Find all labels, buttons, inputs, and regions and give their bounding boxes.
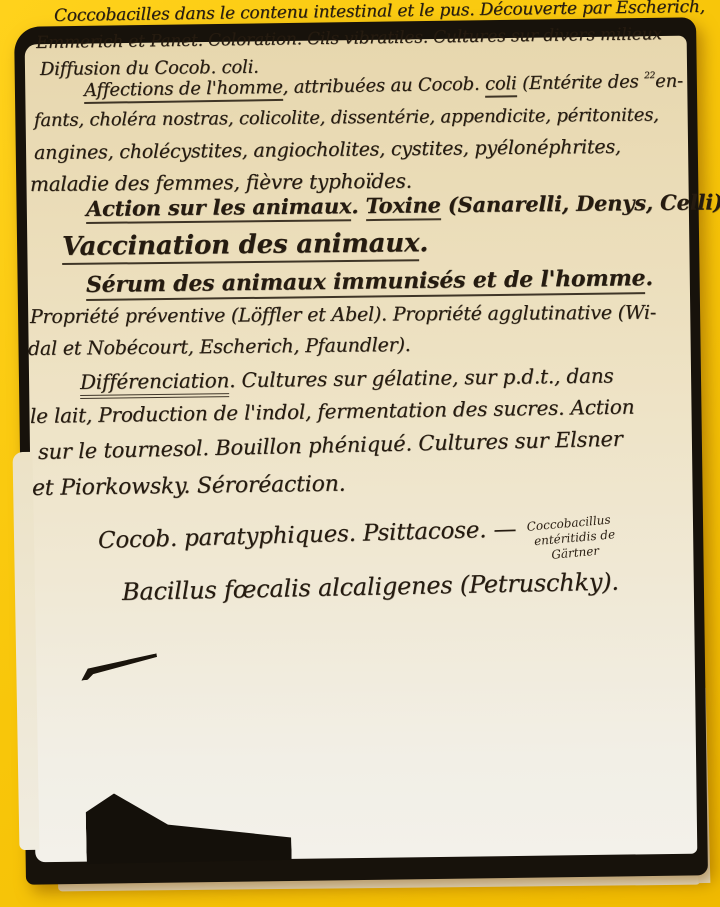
underlined-phrase: Action sur les animaux — [86, 193, 352, 224]
underlined-phrase: Toxine — [365, 192, 440, 221]
text-segment: fants, choléra nostras, colicolite, diss… — [34, 105, 659, 131]
manuscript-line-5: fants, choléra nostras, colicolite, diss… — [34, 105, 659, 131]
manuscript-line-10: Sérum des animaux immunisés et de l'homm… — [86, 265, 653, 298]
text-segment: , attribuées au Cocob. — [283, 74, 486, 98]
manuscript-line-13: Différenciation. Cultures sur gélatine, … — [80, 363, 614, 394]
text-segment: . Cultures sur gélatine, sur p.d.t., dan… — [229, 363, 614, 392]
text-segment: sur le tournesol. Bouillon phéniqué. Cul… — [38, 427, 623, 464]
text-segment: Diffusion du Cocob. coli. — [40, 57, 259, 80]
handwritten-text-block: Coccobacilles dans le contenu intestinal… — [0, 0, 720, 907]
underlined-phrase: Sérum des animaux immunisés et de l'homm… — [86, 265, 646, 301]
manuscript-line-3: Diffusion du Cocob. coli. — [40, 57, 259, 80]
text-segment: Coccobacilles dans le contenu intestinal… — [54, 0, 705, 26]
text-segment: angines, cholécystites, angiocholites, c… — [34, 136, 621, 164]
text-segment: le lait, Production de l'indol, fermenta… — [30, 395, 635, 428]
manuscript-line-12: dal et Nobécourt, Escherich, Pfaundler). — [28, 334, 411, 360]
manuscript-line-2: Emmerich et Panet. Coloration. Cils vibr… — [36, 24, 662, 53]
text-segment: Cocob. paratyphiques. Psittacose. — — [98, 516, 517, 554]
manuscript-line-1: Coccobacilles dans le contenu intestinal… — [54, 0, 705, 26]
text-segment: Emmerich et Panet. Coloration. Cils vibr… — [36, 24, 662, 53]
manuscript-line-11: Propriété préventive (Löffler et Abel). … — [30, 302, 656, 328]
text-segment: dal et Nobécourt, Escherich, Pfaundler). — [28, 334, 411, 360]
manuscript-line-14: le lait, Production de l'indol, fermenta… — [30, 395, 635, 428]
text-segment: (Entérite des — [517, 71, 645, 94]
text-segment: et Piorkowsky. Séroréaction. — [32, 472, 346, 501]
manuscript-line-7: maladie des femmes, fièvre typhoïdes. — [30, 169, 412, 196]
superscript-mark: 22 — [644, 71, 655, 81]
text-segment: . — [645, 265, 653, 291]
manuscript-line-18: Bacillus fœcalis alcaligenes (Petruschky… — [122, 568, 619, 606]
text-segment: . — [419, 228, 428, 258]
underlined-phrase: Vaccination des animaux — [62, 228, 420, 265]
text-segment: maladie des femmes, fièvre typhoïdes. — [30, 169, 412, 196]
manuscript-line-16: et Piorkowsky. Séroréaction. — [32, 472, 346, 501]
manuscript-line-6: angines, cholécystites, angiocholites, c… — [34, 136, 621, 164]
text-segment: Propriété préventive (Löffler et Abel). … — [30, 302, 656, 328]
manuscript-line-17: Cocob. paratyphiques. Psittacose. — — [98, 516, 517, 554]
manuscript-line-9: Vaccination des animaux. — [62, 228, 428, 262]
text-segment: (Sanarelli, Denys, Celli). — [441, 189, 720, 217]
manuscript-line-8: Action sur les animaux. Toxine (Sanarell… — [86, 189, 720, 221]
margin-note: Coccobacillusentéritidis deGärtner — [526, 512, 617, 564]
underlined-phrase: Différenciation — [80, 368, 230, 399]
text-segment: Bacillus fœcalis alcaligenes (Petruschky… — [122, 568, 619, 606]
underlined-phrase: coli — [485, 73, 517, 97]
underlined-phrase: Affections de l'homme — [84, 77, 283, 104]
manuscript-line-15: sur le tournesol. Bouillon phéniqué. Cul… — [38, 427, 623, 464]
photo-background: Coccobacilles dans le contenu intestinal… — [0, 0, 720, 907]
text-segment: en- — [655, 71, 683, 92]
text-segment: . — [351, 193, 365, 218]
